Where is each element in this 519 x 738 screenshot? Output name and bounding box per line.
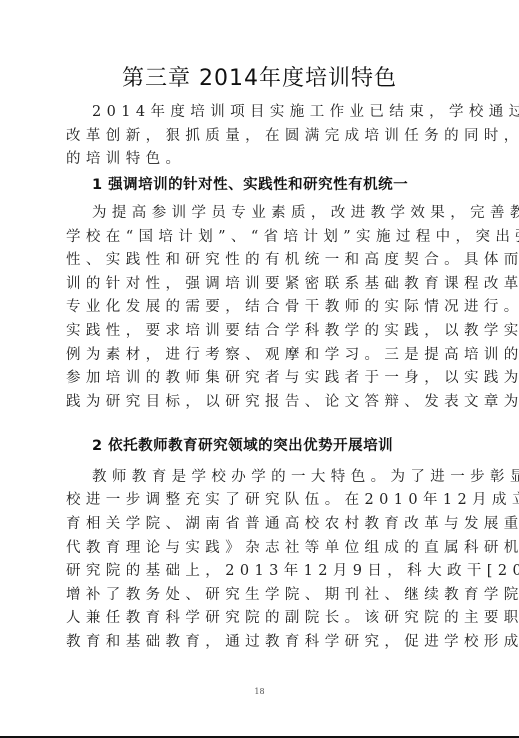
section-2-line: 教师教育是学校办学的一大特色。为了进一步彰显这一特色，学: [92, 466, 456, 488]
document-page: 第三章 2014年度培训特色 2014年度培训项目实施工作业已结束，学校通过采取…: [0, 0, 519, 738]
intro-line-1: 2014年度培训项目实施工作业已结束，学校通过采取有力措施，: [92, 101, 456, 123]
intro-line-2: 改革创新，狠抓质量，在圆满完成培训任务的同时，形成了较为鲜明: [66, 125, 456, 147]
page-number: 18: [0, 687, 519, 696]
section-2-line: 研究院的基础上，2013年12月9日，科大政干[2013]23号文件调整: [66, 560, 456, 582]
intro-line-3: 的培训特色。: [66, 148, 456, 170]
chapter-title: 第三章 2014年度培训特色: [0, 66, 519, 92]
section-1-line: 性、实践性和研究性的有机统一和高度契合。具体而言：一是提高培: [66, 249, 456, 271]
section-2-line: 校进一步调整充实了研究队伍。在2010年12月成立的由学校教师教: [66, 489, 456, 511]
section-2-heading: 2 依托教师教育研究领域的突出优势开展培训: [92, 435, 393, 457]
section-2-line: 增补了教务处、研究生学院、期刊社、继续教育学院等单位主要负责: [66, 584, 456, 606]
section-2-line: 育相关学院、湖南省普通高校农村教育改革与发展重点研究基地、《当: [66, 513, 456, 535]
section-1-line: 参加培训的教师集研究者与实践者于一身，以实践为基础，以改进实: [66, 367, 456, 389]
section-1-line: 专业化发展的需要，结合骨干教师的实际情况进行。二是提高培训的: [66, 296, 456, 318]
section-1-line: 训的针对性，强调培训要紧密联系基础教育课程改革，紧扣学科教师: [66, 273, 456, 295]
section-2-line: 教育和基础教育，通过教育科学研究，促进学校形成高水平中小学师: [66, 631, 456, 653]
section-1-line: 践为研究目标，以研究报告、论文答辩、发表文章为成果形式。: [66, 391, 456, 413]
section-2-line: 代教育理论与实践》杂志社等单位组成的直属科研机构——教育科学: [66, 537, 456, 559]
section-1-line: 为提高参训学员专业素质，改进教学效果，完善教师自我实现，: [92, 202, 456, 224]
section-2-line: 人兼任教育科学研究院的副院长。该研究院的主要职责就是面向教师: [66, 607, 456, 629]
section-1-line: 学校在“国培计划”、“省培计划”实施过程中，突出强调培训的针对: [66, 226, 456, 248]
section-1-line: 实践性，要求培训要结合学科教学的实践，以教学实际中的问题、案: [66, 320, 456, 342]
section-1-line: 例为素材，进行考察、观摩和学习。三是提高培训的研究性，反映在: [66, 344, 456, 366]
section-1-heading: 1 强调培训的针对性、实践性和研究性有机统一: [92, 174, 408, 196]
